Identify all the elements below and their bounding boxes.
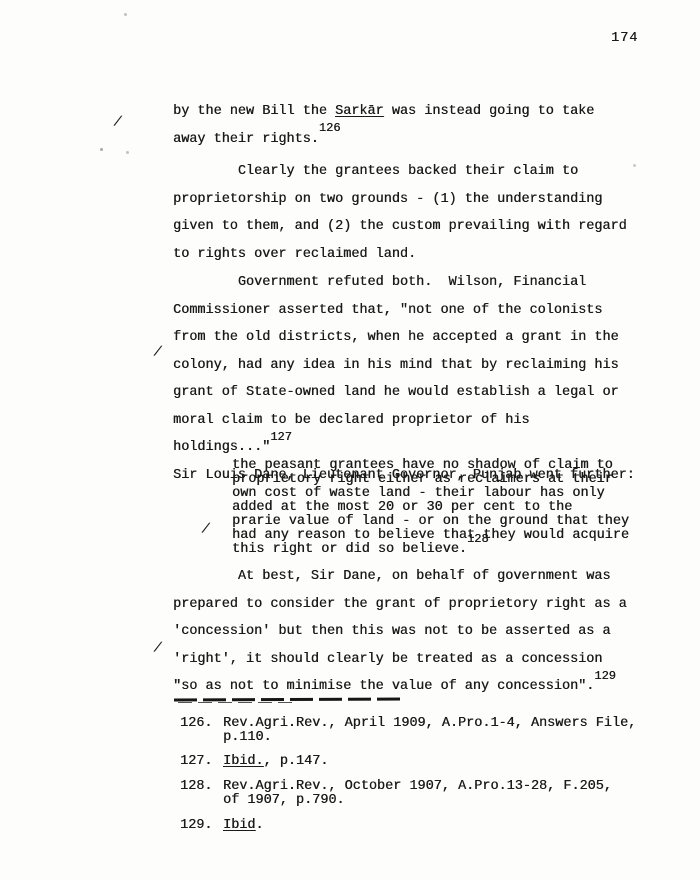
paragraph-4-text: At best, Sir Dane, on behalf of governme… [173, 569, 627, 694]
footnote-128-text: Rev.Agri.Rev., October 1907, A.Pro.13-28… [223, 780, 663, 808]
footnote-127-text: Ibid., p.147. [223, 755, 663, 769]
paragraph-2: Clearly the grantees backed their claim … [173, 158, 655, 268]
footnote-128-number: 128. [180, 780, 223, 808]
footnote-ref-129: 129 [594, 669, 616, 683]
footnote-126-text: Rev.Agri.Rev., April 1909, A.Pro.1-4, An… [223, 717, 663, 745]
margin-slash-mark-2: / [152, 345, 163, 360]
footnote-ref-127: 127 [270, 430, 292, 444]
block-quote: the peasant grantees have no shadow of c… [232, 459, 644, 557]
footnote-128: 128. Rev.Agri.Rev., October 1907, A.Pro.… [180, 780, 663, 808]
document-page: 174 by the new Bill the Sarkār was inste… [0, 0, 700, 880]
footnote-129-rest: . [255, 818, 263, 833]
margin-slash-mark-3: / [200, 522, 211, 537]
scan-speck [100, 148, 103, 151]
scan-speck [633, 164, 636, 167]
footnote-127-rest: , p.147. [264, 754, 329, 769]
scan-speck [126, 151, 129, 154]
footnote-127-number: 127. [180, 755, 223, 769]
footnote-129-text: Ibid. [223, 819, 663, 833]
scan-speck [124, 13, 127, 16]
paragraph-4: At best, Sir Dane, on behalf of governme… [173, 563, 655, 701]
footnote-129: 129. Ibid. [180, 819, 663, 833]
block-quote-text: the peasant grantees have no shadow of c… [232, 458, 629, 557]
margin-slash-mark-4: / [152, 641, 163, 656]
page-number: 174 [611, 32, 638, 46]
footnote-127-ibid: Ibid. [223, 754, 264, 769]
paragraph-3-text-1: Government refuted both. Wilson, Financi… [173, 275, 619, 455]
footnote-ref-126: 126 [319, 121, 341, 135]
footnote-129-number: 129. [180, 819, 223, 833]
paragraph-1-text-pre: by the new Bill the [173, 104, 335, 119]
footnote-129-ibid: Ibid [223, 818, 255, 833]
footnote-126: 126. Rev.Agri.Rev., April 1909, A.Pro.1-… [180, 717, 663, 745]
paragraph-3: Government refuted both. Wilson, Financi… [173, 269, 655, 489]
footnote-127: 127. Ibid., p.147. [180, 755, 663, 769]
underlined-term-sarkar: Sarkār [335, 104, 384, 119]
footnote-ref-128: 128 [467, 532, 489, 546]
margin-slash-mark-1: / [112, 115, 123, 130]
footnote-126-number: 126. [180, 717, 223, 745]
paragraph-1: by the new Bill the Sarkār was instead g… [173, 98, 655, 153]
footnote-separator-overstrike [178, 702, 298, 703]
